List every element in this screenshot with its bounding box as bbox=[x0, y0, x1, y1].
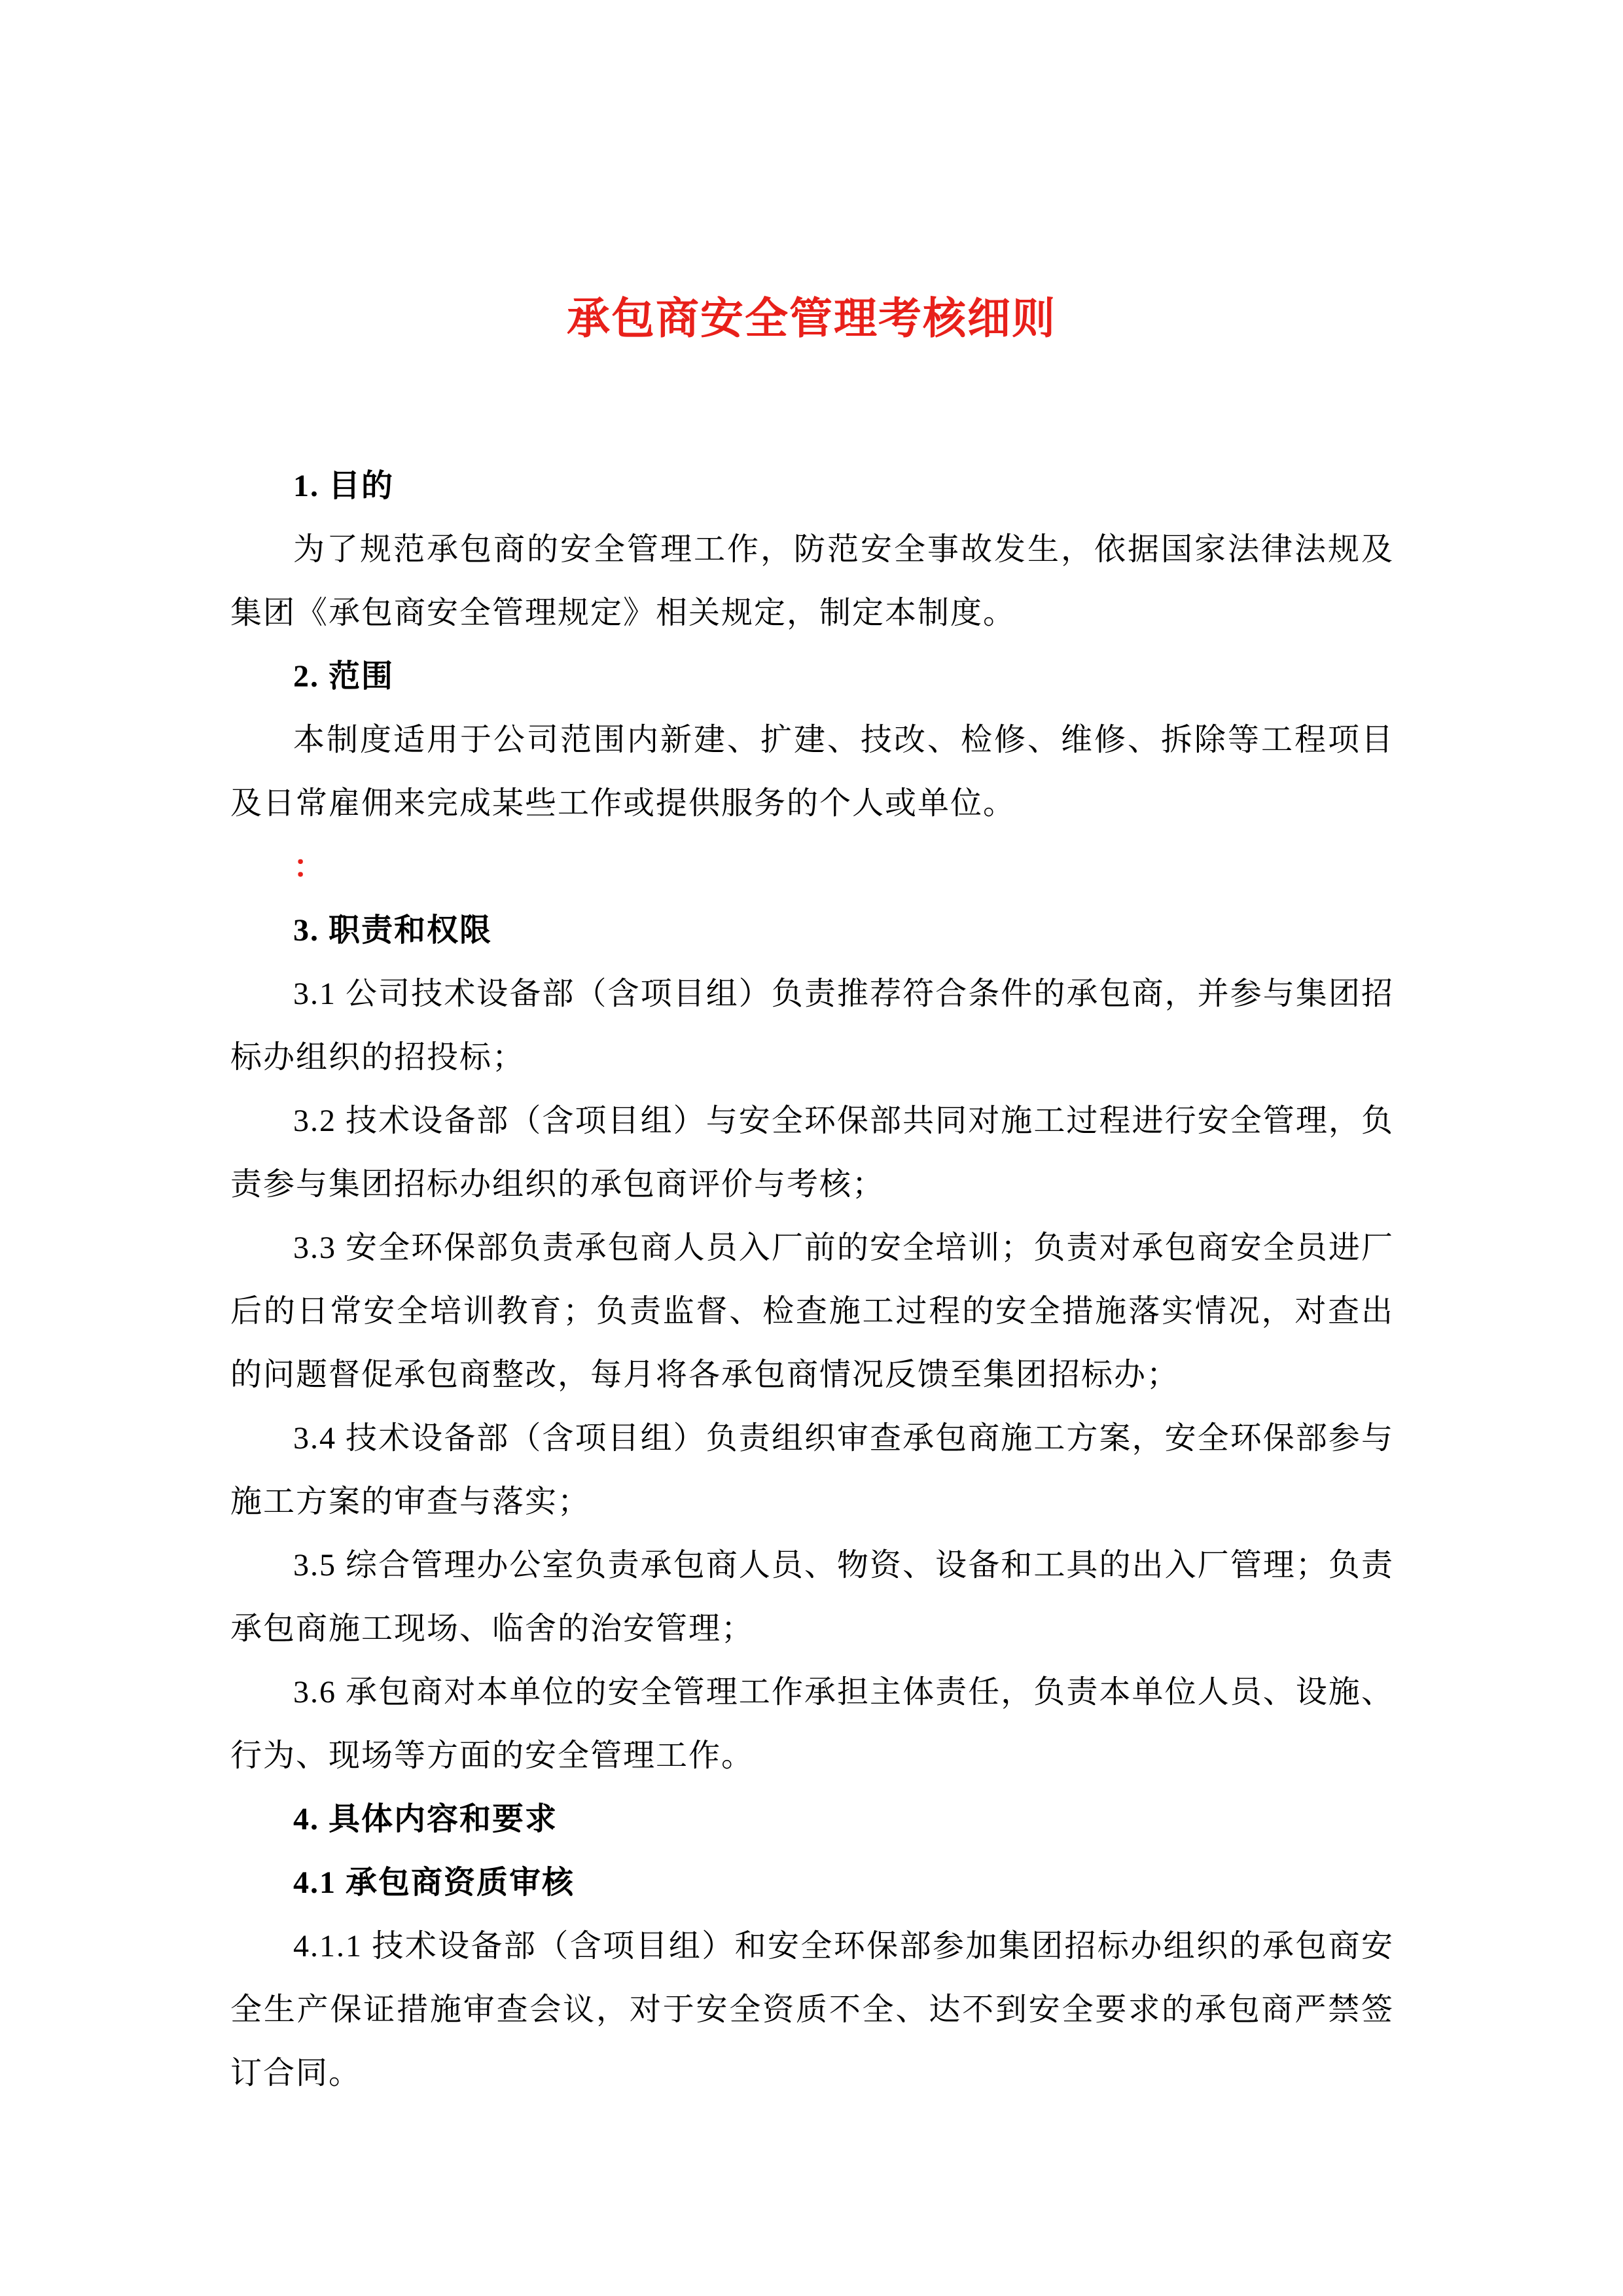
body-paragraph: 3.3 安全环保部负责承包商人员入厂前的安全培训；负责对承包商安全员进厂后的日常… bbox=[230, 1216, 1394, 1407]
document-body: 1. 目的为了规范承包商的安全管理工作，防范安全事故发生，依据国家法律法规及集团… bbox=[230, 454, 1394, 2105]
page-title: 承包商安全管理考核细则 bbox=[0, 292, 1623, 344]
body-paragraph: 3.6 承包商对本单位的安全管理工作承担主体责任，负责本单位人员、设施、行为、现… bbox=[230, 1660, 1394, 1787]
stray-colon: ： bbox=[230, 835, 1394, 899]
body-paragraph: 3.2 技术设备部（含项目组）与安全环保部共同对施工过程进行安全管理，负责参与集… bbox=[230, 1089, 1394, 1216]
document-page: 承包商安全管理考核细则 1. 目的为了规范承包商的安全管理工作，防范安全事故发生… bbox=[0, 0, 1623, 2296]
body-paragraph: 为了规范承包商的安全管理工作，防范安全事故发生，依据国家法律法规及集团《承包商安… bbox=[230, 518, 1394, 645]
section-heading: 2. 范围 bbox=[230, 645, 1394, 708]
body-paragraph: 3.5 综合管理办公室负责承包商人员、物资、设备和工具的出入厂管理；负责承包商施… bbox=[230, 1534, 1394, 1660]
body-paragraph: 本制度适用于公司范围内新建、扩建、技改、检修、维修、拆除等工程项目及日常雇佣来完… bbox=[230, 708, 1394, 835]
body-paragraph: 3.4 技术设备部（含项目组）负责组织审查承包商施工方案，安全环保部参与施工方案… bbox=[230, 1407, 1394, 1534]
body-paragraph: 4.1.1 技术设备部（含项目组）和安全环保部参加集团招标办组织的承包商安全生产… bbox=[230, 1914, 1394, 2105]
body-paragraph: 3.1 公司技术设备部（含项目组）负责推荐符合条件的承包商，并参与集团招标办组织… bbox=[230, 962, 1394, 1089]
section-heading: 3. 职责和权限 bbox=[230, 899, 1394, 962]
section-heading: 4. 具体内容和要求 bbox=[230, 1787, 1394, 1851]
section-heading: 1. 目的 bbox=[230, 454, 1394, 518]
section-heading: 4.1 承包商资质审核 bbox=[230, 1851, 1394, 1914]
